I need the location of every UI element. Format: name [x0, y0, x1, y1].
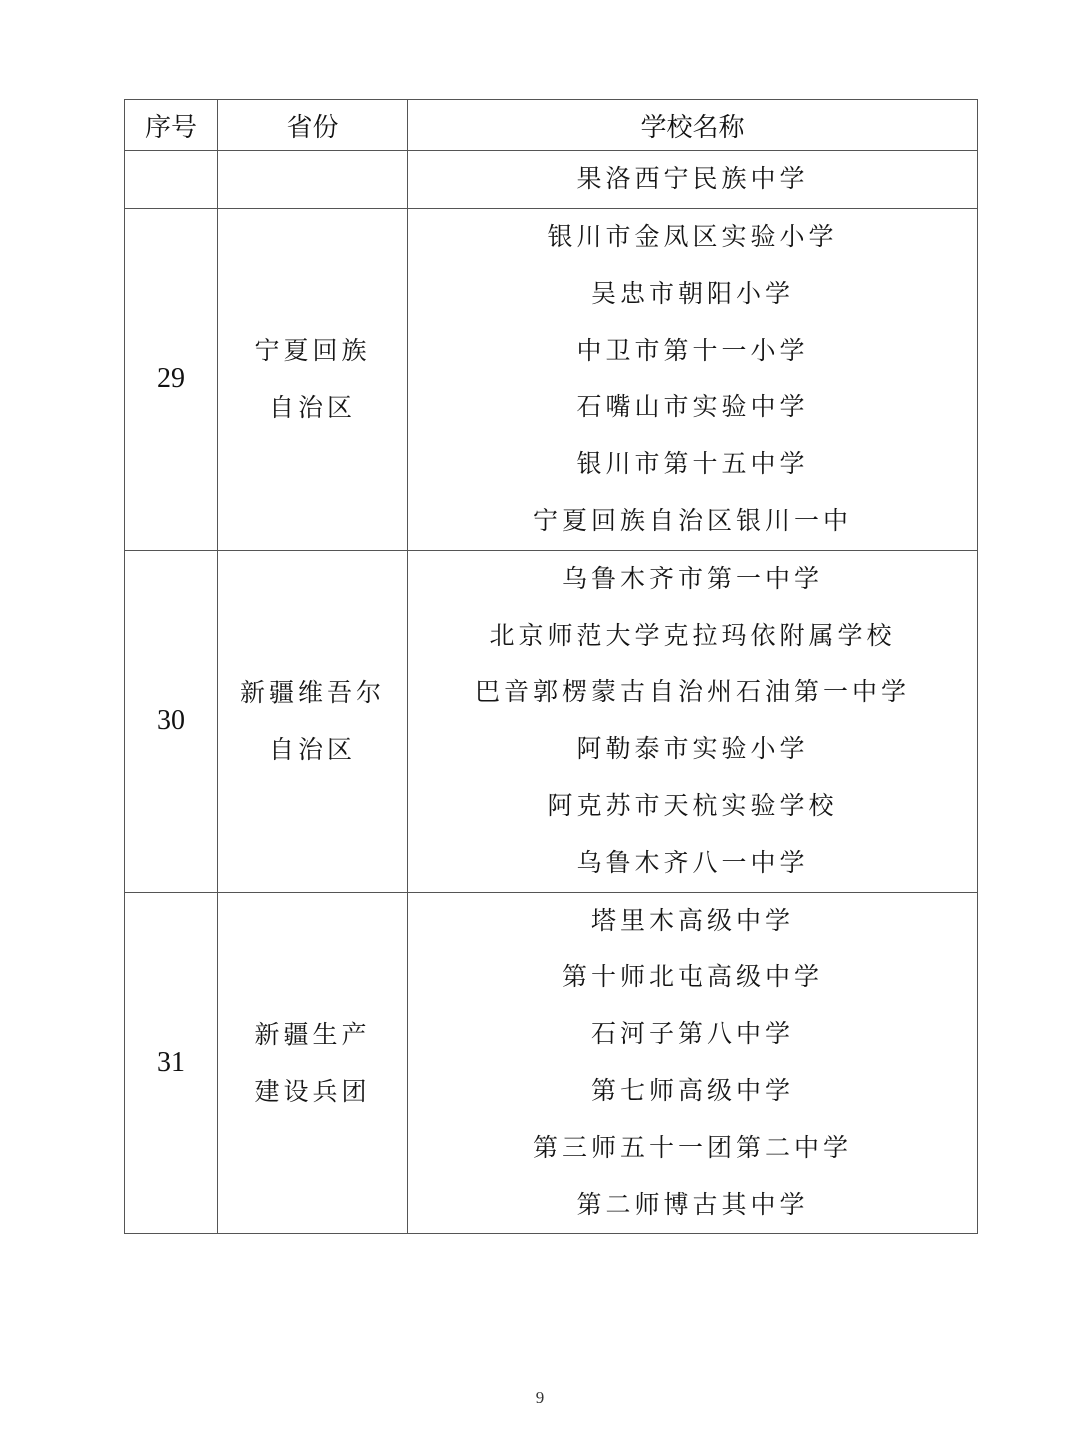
school-name: 乌鲁木齐市第一中学 — [562, 551, 823, 608]
header-seq: 序号 — [125, 100, 218, 151]
school-name: 乌鲁木齐八一中学 — [576, 835, 808, 892]
province-cell: 宁夏回族 自治区 — [218, 209, 408, 551]
province-name-line: 新疆生产 — [218, 1006, 407, 1063]
province-name-line: 宁夏回族 — [218, 322, 407, 379]
seq-cell — [125, 151, 218, 209]
school-name: 银川市第十五中学 — [576, 436, 808, 493]
school-name: 第十师北屯高级中学 — [562, 949, 823, 1006]
school-name: 吴忠市朝阳小学 — [591, 266, 794, 323]
province-name-line: 自治区 — [218, 721, 407, 778]
school-name: 石河子第八中学 — [591, 1006, 794, 1063]
school-name: 巴音郭楞蒙古自治州石油第一中学 — [475, 664, 910, 721]
header-province: 省份 — [218, 100, 408, 151]
school-name: 中卫市第十一小学 — [576, 323, 808, 380]
province-name-line: 新疆维吾尔 — [218, 664, 407, 721]
document-page: 序号 省份 学校名称 果洛西宁民族中学 29 宁夏回族 自治区 — [0, 0, 1080, 1441]
table-row-30: 30 新疆维吾尔 自治区 乌鲁木齐市第一中学 北京师范大学克拉玛依附属学校 巴音… — [125, 550, 978, 892]
page-number: 9 — [0, 1388, 1080, 1408]
school-name: 宁夏回族自治区银川一中 — [533, 493, 852, 550]
table-row-continuation: 果洛西宁民族中学 — [125, 151, 978, 209]
school-name: 塔里木高级中学 — [591, 893, 794, 950]
seq-cell: 30 — [125, 550, 218, 892]
school-name: 第二师博古其中学 — [576, 1177, 808, 1234]
table-row-29: 29 宁夏回族 自治区 银川市金凤区实验小学 吴忠市朝阳小学 中卫市第十一小学 … — [125, 209, 978, 551]
header-school: 学校名称 — [408, 100, 978, 151]
province-cell: 新疆维吾尔 自治区 — [218, 550, 408, 892]
table-row-31: 31 新疆生产 建设兵团 塔里木高级中学 第十师北屯高级中学 石河子第八中学 第… — [125, 892, 978, 1234]
school-cell: 塔里木高级中学 第十师北屯高级中学 石河子第八中学 第七师高级中学 第三师五十一… — [408, 892, 978, 1234]
school-name: 第三师五十一团第二中学 — [533, 1120, 852, 1177]
school-cell: 果洛西宁民族中学 — [408, 151, 978, 209]
province-cell: 新疆生产 建设兵团 — [218, 892, 408, 1234]
table-header-row: 序号 省份 学校名称 — [125, 100, 978, 151]
province-name-line: 自治区 — [218, 379, 407, 436]
school-name: 果洛西宁民族中学 — [576, 151, 808, 208]
province-name-line: 建设兵团 — [218, 1063, 407, 1120]
school-list-table: 序号 省份 学校名称 果洛西宁民族中学 29 宁夏回族 自治区 — [124, 99, 978, 1234]
school-name: 阿勒泰市实验小学 — [576, 721, 808, 778]
school-cell: 乌鲁木齐市第一中学 北京师范大学克拉玛依附属学校 巴音郭楞蒙古自治州石油第一中学… — [408, 550, 978, 892]
seq-cell: 29 — [125, 209, 218, 551]
province-cell — [218, 151, 408, 209]
school-name: 银川市金凤区实验小学 — [547, 209, 837, 266]
school-cell: 银川市金凤区实验小学 吴忠市朝阳小学 中卫市第十一小学 石嘴山市实验中学 银川市… — [408, 209, 978, 551]
school-name: 北京师范大学克拉玛依附属学校 — [489, 608, 895, 665]
school-name: 石嘴山市实验中学 — [576, 379, 808, 436]
school-name: 第七师高级中学 — [591, 1063, 794, 1120]
seq-cell: 31 — [125, 892, 218, 1234]
school-name: 阿克苏市天杭实验学校 — [547, 778, 837, 835]
